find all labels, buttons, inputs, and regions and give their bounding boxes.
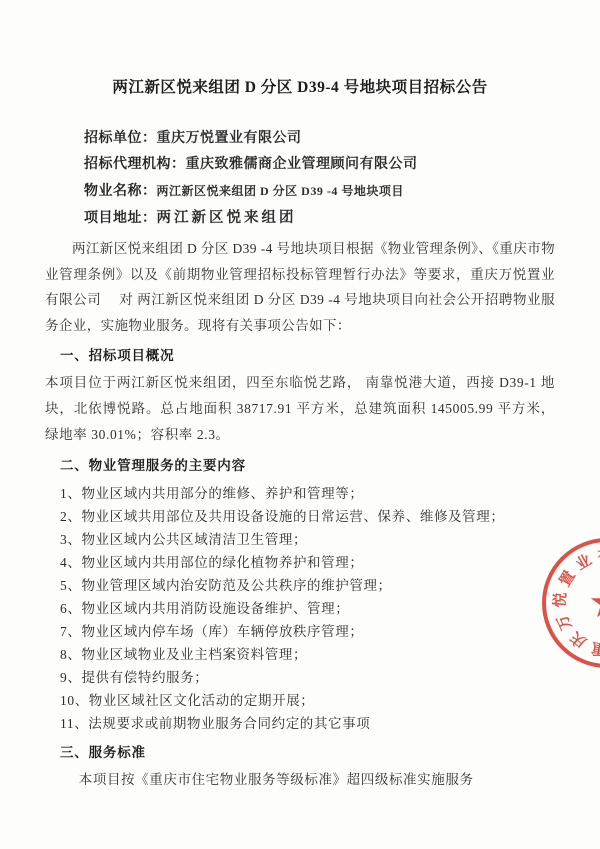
- field-label: 项目地址：: [84, 211, 157, 226]
- field-value: 重庆致雅儒商企业管理顾问有限公司: [186, 157, 418, 172]
- list-item: 7、物业区域内停车场（库）车辆停放秩序管理；: [60, 620, 555, 643]
- field-label: 物业名称：: [84, 184, 157, 199]
- stamp-character: 有: [596, 548, 600, 567]
- list-item: 3、物业区域内公共区域清洁卫生管理；: [60, 528, 555, 551]
- section-heading-2: 二、物业管理服务的主要内容: [60, 454, 555, 478]
- list-item: 4、物业区域内共用部位的绿化植物养护和管理；: [60, 551, 555, 574]
- list-item: 2、物业区域共用部位及共用设备设施的日常运营、保养、维修及管理；: [60, 505, 555, 528]
- section-heading-1: 一、招标项目概况: [60, 344, 555, 368]
- field-value: 两江新区悦来组团 D 分区 D39 -4 号地块项目: [157, 184, 404, 198]
- list-item: 5、物业管理区域内治安防范及公共秩序的维护管理；: [60, 574, 555, 597]
- list-item: 10、物业区域社区文化活动的定期开展；: [60, 689, 555, 712]
- field-project-address: 项目地址：两江新区悦来组团: [84, 205, 555, 232]
- field-label: 招标单位：: [84, 131, 157, 146]
- stamp-character: 业: [572, 551, 597, 576]
- list-item: 9、提供有偿特约服务；: [60, 666, 555, 689]
- service-content-list: 1、物业区域内共用部分的维修、养护和管理等； 2、物业区域共用部位及共用设备设施…: [60, 482, 555, 735]
- list-item: 6、物业区域内共用消防设施设备维护、管理；: [60, 597, 555, 620]
- stamp-character: 重: [589, 638, 600, 659]
- scanned-document-page: 两江新区悦来组团 D 分区 D39-4 号地块项目招标公告 招标单位：重庆万悦置…: [0, 0, 600, 849]
- stamp-character: 庆: [566, 627, 591, 652]
- field-label: 招标代理机构：: [84, 157, 186, 172]
- document-title: 两江新区悦来组团 D 分区 D39-4 号地块项目招标公告: [50, 78, 550, 98]
- section-heading-3: 三、服务标准: [60, 741, 555, 765]
- section-body-1: 本项目位于两江新区悦来组团，四至东临悦艺路， 南靠悦港大道，西接 D39-1 地…: [45, 370, 555, 448]
- section-body-3: 本项目按《重庆市住宅物业服务等级标准》超四级标准实施服务: [45, 767, 555, 793]
- list-item: 11、法规要求或前期物业服务合同约定的其它事项: [60, 712, 555, 735]
- stamp-star-icon: ★: [588, 582, 600, 624]
- field-property-name: 物业名称：两江新区悦来组团 D 分区 D39 -4 号地块项目: [84, 178, 555, 205]
- header-fields: 招标单位：重庆万悦置业有限公司 招标代理机构：重庆致雅儒商企业管理顾问有限公司 …: [84, 126, 555, 232]
- list-item: 8、物业区域物业及业主档案资料管理；: [60, 643, 555, 666]
- intro-paragraph: 两江新区悦来组团 D 分区 D39 -4 号地块项目根据《物业管理条例》、《重庆…: [45, 236, 555, 338]
- field-tender-agency: 招标代理机构：重庆致雅儒商企业管理顾问有限公司: [84, 152, 555, 178]
- stamp-character: 悦: [552, 590, 571, 609]
- field-value: 两江新区悦来组团: [157, 210, 297, 226]
- field-tender-unit: 招标单位：重庆万悦置业有限公司: [84, 126, 555, 152]
- list-item: 1、物业区域内共用部分的维修、养护和管理等；: [60, 482, 555, 505]
- field-value: 重庆万悦置业有限公司: [157, 131, 302, 146]
